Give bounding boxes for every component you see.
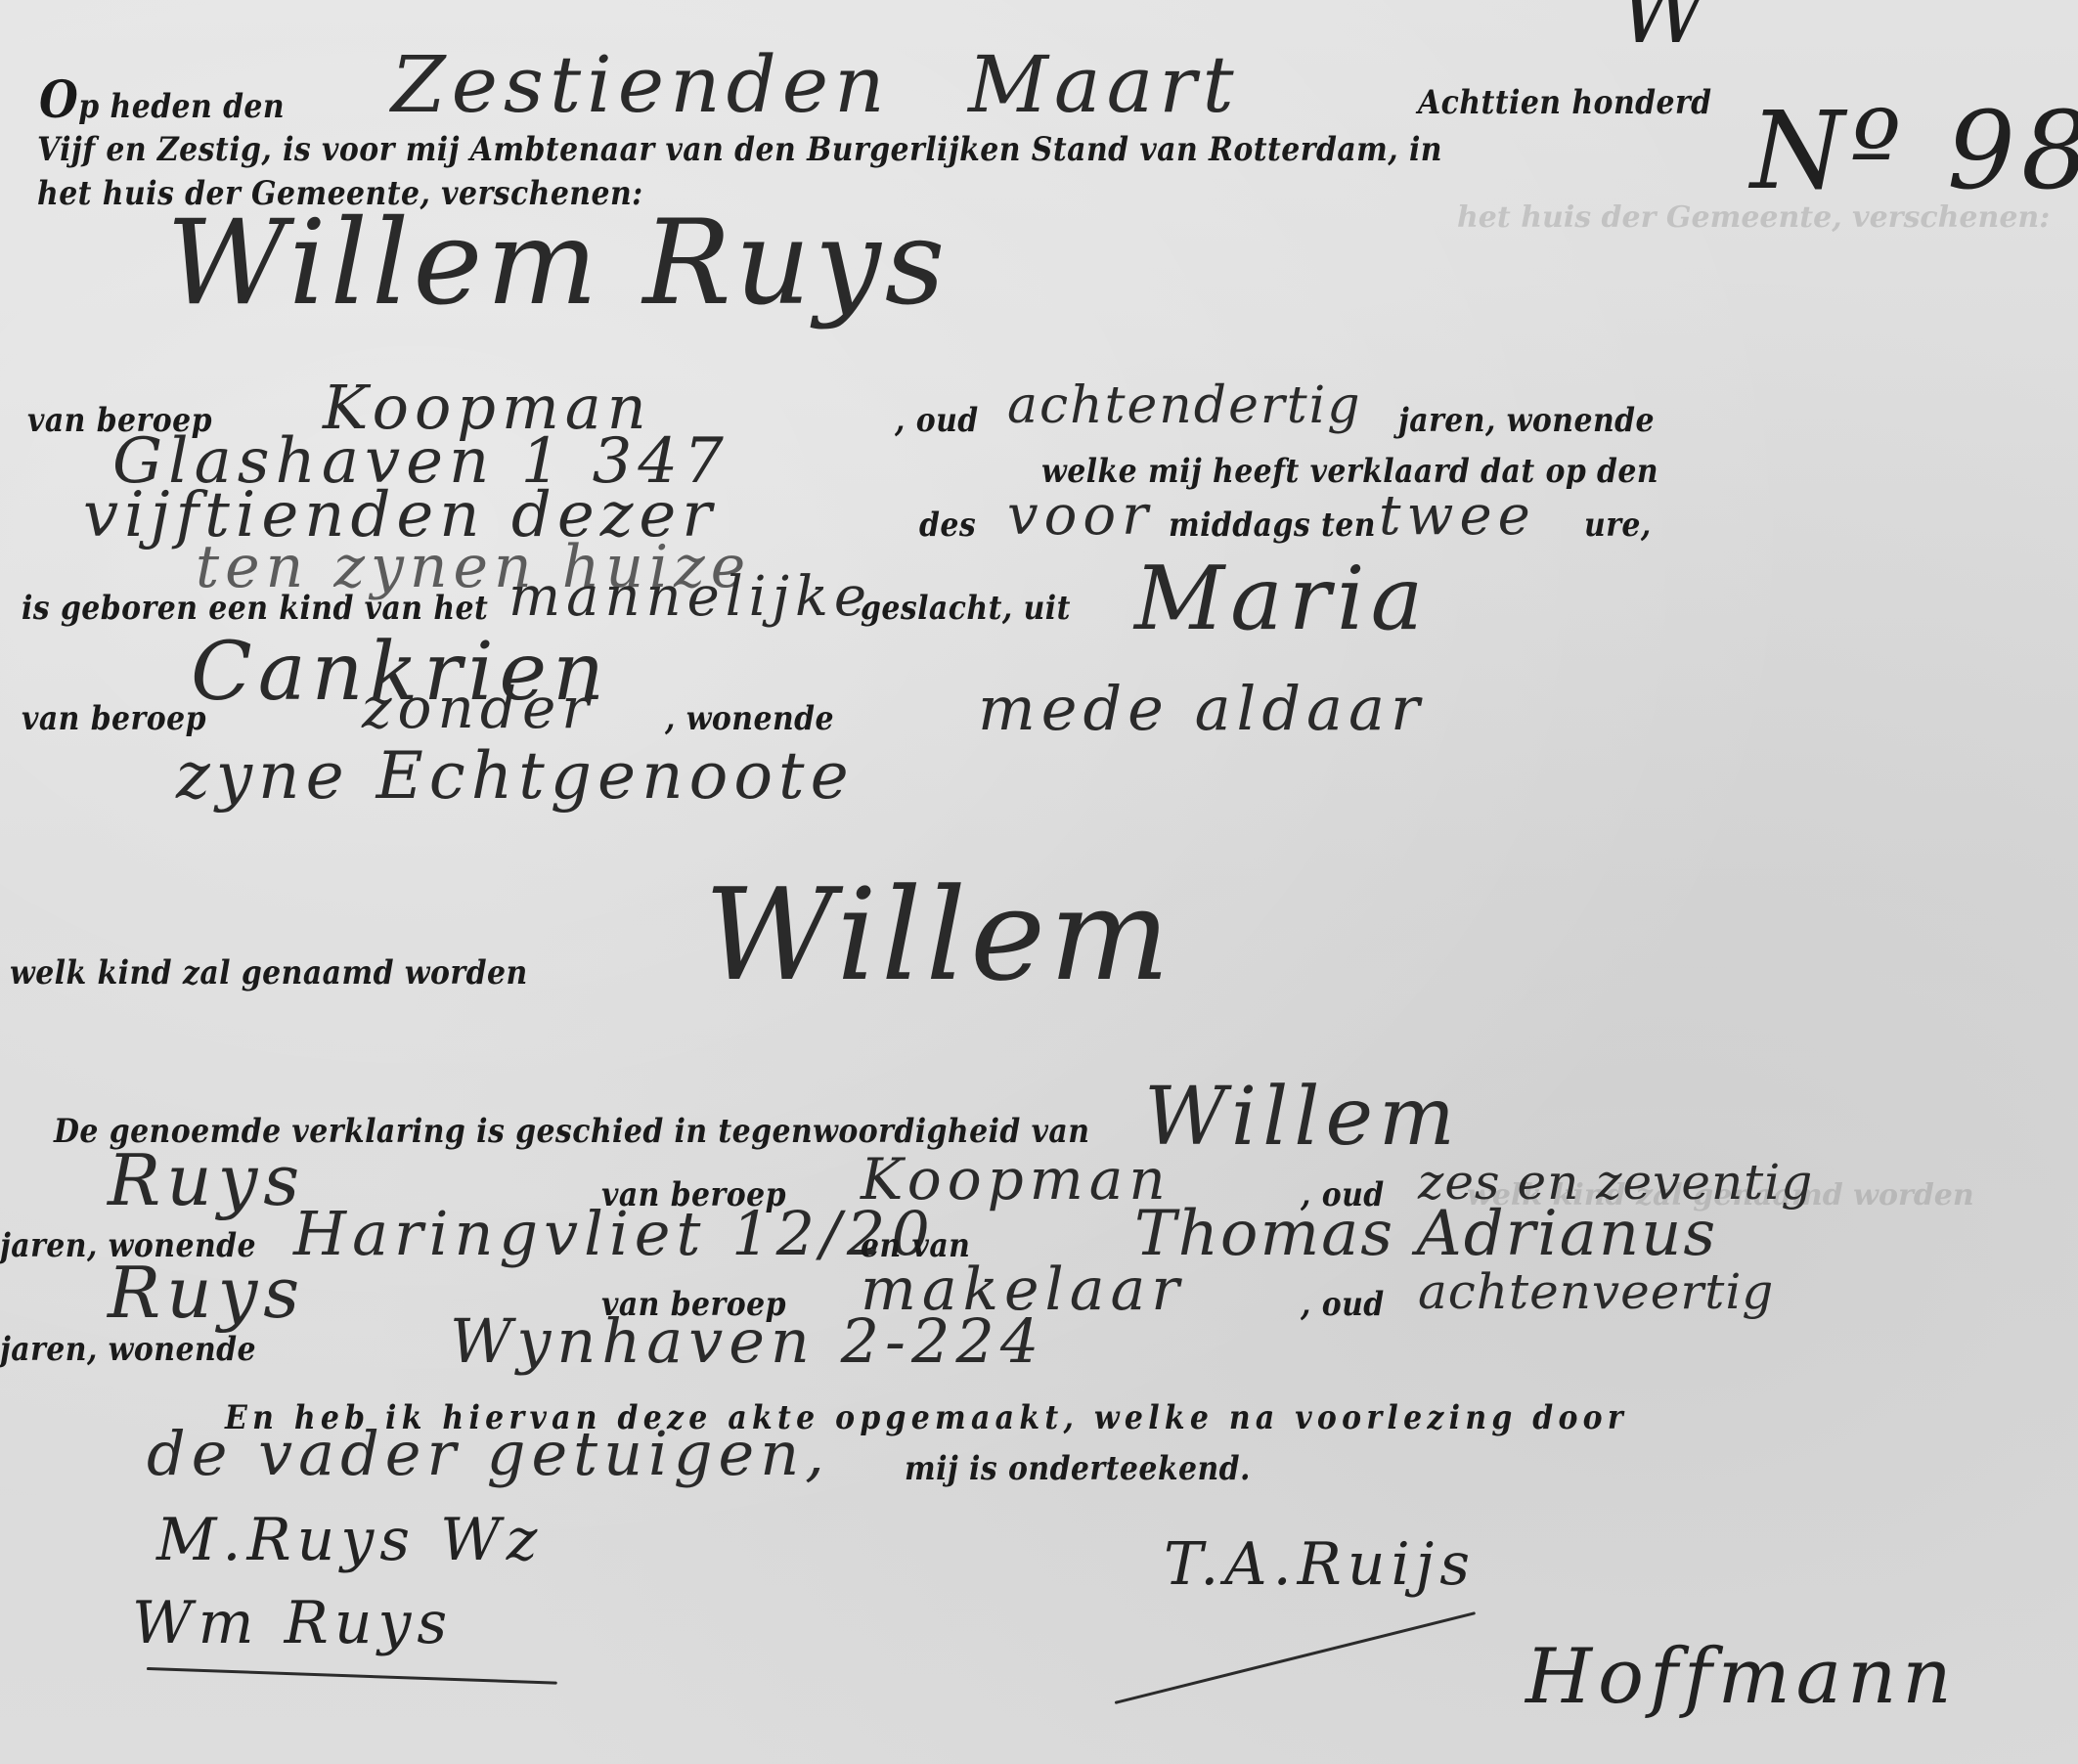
printed-age-label: , oud bbox=[895, 401, 979, 440]
handwritten-mother-address: mede aldaar bbox=[978, 673, 1426, 744]
handwritten-mother-occupation: zonder bbox=[362, 675, 595, 741]
handwritten-date-day: Zestienden bbox=[391, 39, 891, 130]
handwritten-child-name: Willem bbox=[704, 860, 1173, 1009]
printed-years-living: jaren, wonende bbox=[1398, 401, 1655, 440]
registrar-signature: Hoffmann bbox=[1525, 1633, 1958, 1721]
signature-1: M.Ruys Wz bbox=[156, 1506, 543, 1574]
handwritten-mother-first-name: Maria bbox=[1134, 548, 1429, 650]
handwritten-witness2-last-name: Ruys bbox=[108, 1252, 305, 1334]
printed-w2-age-label: , oud bbox=[1301, 1285, 1385, 1324]
handwritten-witness1-address: Haringvliet 12/20 bbox=[293, 1198, 936, 1269]
printed-mother-occupation-label: van beroep bbox=[22, 699, 206, 738]
handwritten-birth-time-prefix: voor bbox=[1007, 484, 1154, 548]
printed-ure: ure, bbox=[1584, 506, 1652, 545]
top-margin-mark: W bbox=[1618, 0, 1715, 64]
printed-line-1-start: Op heden den bbox=[39, 70, 285, 130]
printed-line-2: Vijf en Zestig, is voor mij Ambtenaar va… bbox=[37, 130, 1442, 169]
signature-3-underline bbox=[1115, 1611, 1476, 1704]
handwritten-declarant-name: Willem Ruys bbox=[166, 196, 949, 331]
printed-child-named: welk kind zal genaamd worden bbox=[10, 953, 528, 992]
printed-born-end: geslacht, uit bbox=[861, 589, 1071, 628]
printed-born-start: is geboren een kind van het bbox=[22, 589, 488, 628]
signature-2-flourish bbox=[147, 1667, 557, 1685]
handwritten-witness2-address: Wynhaven 2-224 bbox=[450, 1305, 1044, 1377]
signature-3: T.A.Ruijs bbox=[1164, 1530, 1476, 1599]
printed-middags: middags ten bbox=[1169, 506, 1376, 545]
handwritten-child-sex: mannelijke bbox=[508, 565, 872, 629]
printed-mother-living: , wonende bbox=[665, 699, 834, 738]
handwritten-closing-fill: de vader getuigen, bbox=[147, 1418, 830, 1489]
signature-2: Wm Ruys bbox=[132, 1589, 453, 1657]
printed-line-1-end: Achttien honderd bbox=[1418, 83, 1712, 122]
handwritten-witness1-last-name: Ruys bbox=[108, 1139, 305, 1221]
printed-closing-2: mij is onderteekend. bbox=[905, 1449, 1251, 1488]
printed-w2-years-living: jaren, wonende bbox=[0, 1330, 256, 1369]
handwritten-witness2-age: achtenveertig bbox=[1418, 1263, 1774, 1320]
handwritten-mother-relation: zyne Echtgenoote bbox=[176, 738, 855, 814]
handwritten-birth-hour: twee bbox=[1379, 484, 1536, 548]
handwritten-date-month: Maart bbox=[968, 39, 1240, 130]
handwritten-declarant-age: achtendertig bbox=[1007, 376, 1362, 435]
handwritten-witness2-first-names: Thomas Adrianus bbox=[1134, 1198, 1717, 1270]
handwritten-witness1-first-name: Willem bbox=[1144, 1071, 1461, 1164]
printed-des: des bbox=[919, 506, 976, 545]
record-number: Nº 982 bbox=[1750, 88, 2078, 213]
